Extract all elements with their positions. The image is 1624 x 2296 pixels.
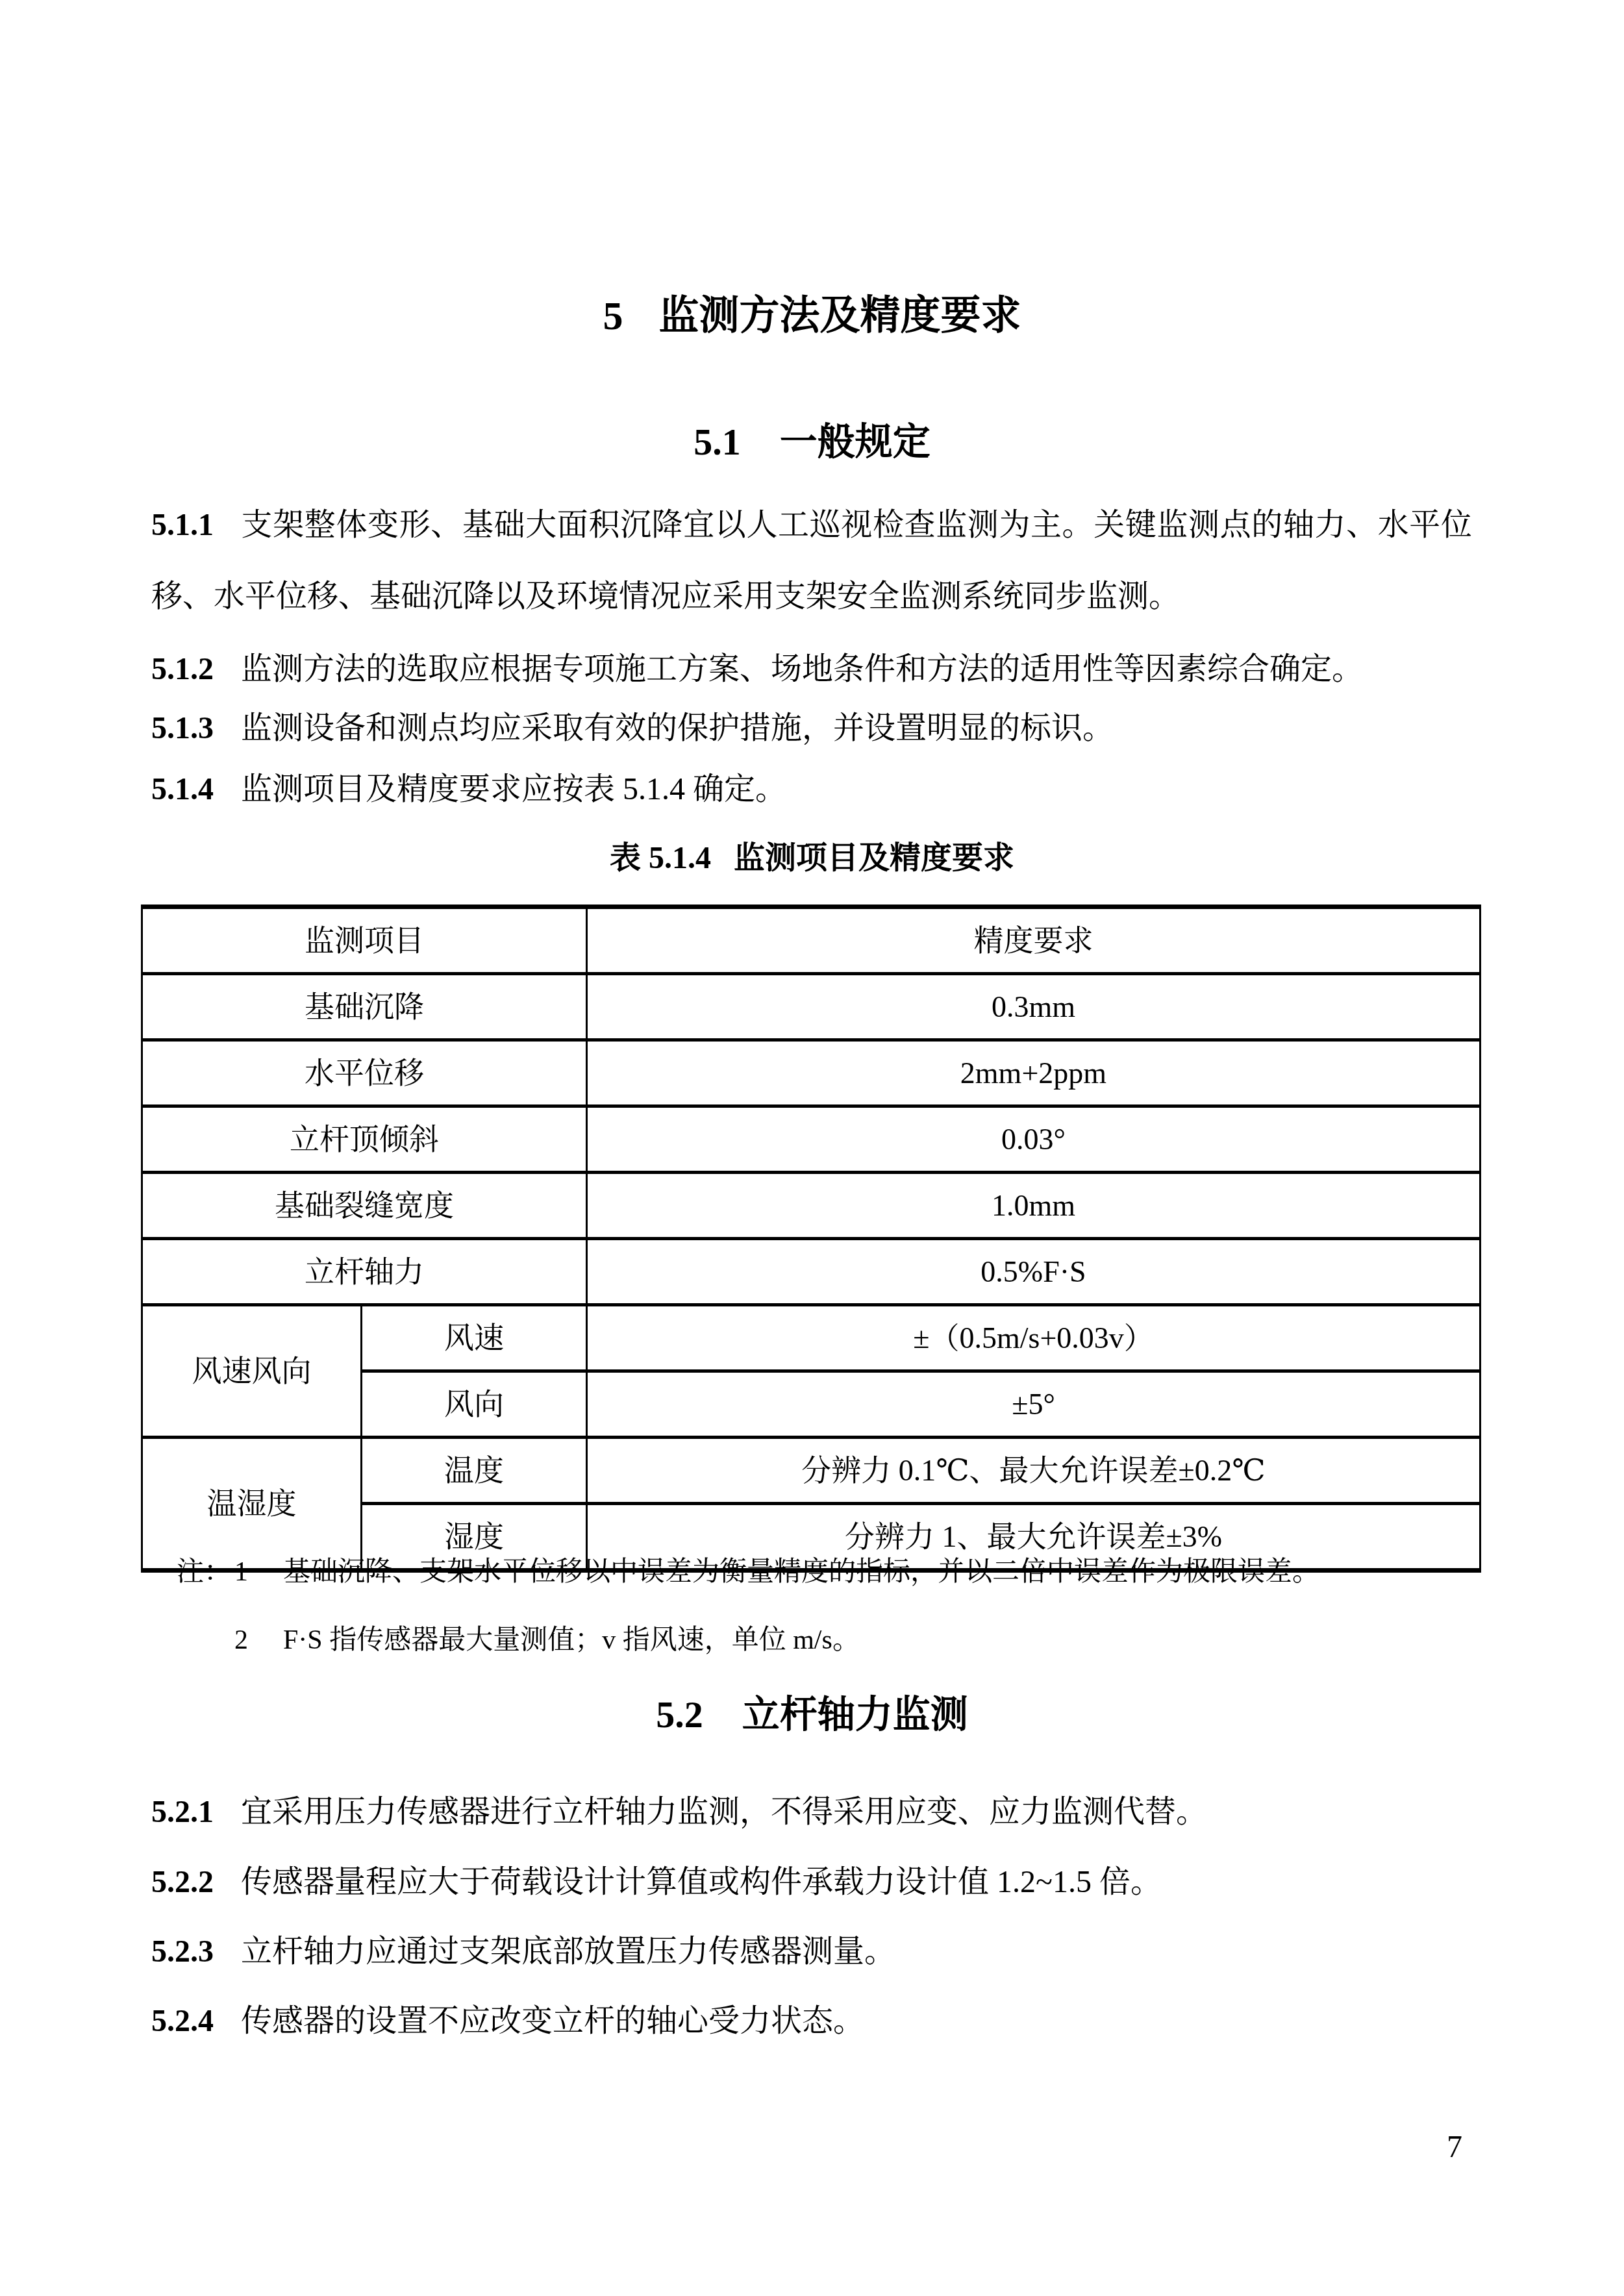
- table-row: 立杆顶倾斜 0.03°: [142, 1106, 1480, 1173]
- table-req-cell: 0.03°: [587, 1106, 1480, 1173]
- note-label: 注：: [177, 1553, 234, 1591]
- clause-5-1-1: 5.1.1支架整体变形、基础大面积沉降宜以人工巡视检查监测为主。关键监测点的轴力…: [151, 490, 1472, 632]
- document-page: 5监测方法及精度要求 5.1一般规定 5.1.1支架整体变形、基础大面积沉降宜以…: [0, 0, 1624, 2296]
- table-item-cell: 立杆轴力: [142, 1239, 587, 1305]
- clause-5-1-1-number: 5.1.1: [151, 508, 214, 542]
- table-req-cell: 2mm+2ppm: [587, 1040, 1480, 1106]
- table-caption-number: 表 5.1.4: [610, 841, 711, 875]
- table-row: 基础沉降 0.3mm: [142, 974, 1480, 1040]
- page-number: 7: [1447, 2132, 1462, 2163]
- section-5-2-title: 立杆轴力监测: [742, 1693, 968, 1736]
- clause-5-2-1: 5.2.1宜采用压力传感器进行立杆轴力监测，不得采用应变、应力监测代替。: [151, 1777, 1472, 1848]
- chapter-title: 5监测方法及精度要求: [0, 296, 1624, 336]
- table-req-cell: 分辨力 0.1℃、最大允许误差±0.2℃: [587, 1438, 1480, 1504]
- table-item-cell: 立杆顶倾斜: [142, 1106, 587, 1173]
- clause-5-2-4-text: 传感器的设置不应改变立杆的轴心受力状态。: [241, 2004, 864, 2038]
- table-row: 水平位移 2mm+2ppm: [142, 1040, 1480, 1106]
- clause-5-1-4: 5.1.4监测项目及精度要求应按表 5.1.4 确定。: [151, 754, 1472, 825]
- table-header-req: 精度要求: [587, 907, 1480, 974]
- table-req-cell: ±（0.5m/s+0.03v）: [587, 1305, 1480, 1371]
- table-row: 温湿度 温度 分辨力 0.1℃、最大允许误差±0.2℃: [142, 1438, 1480, 1504]
- table-item-cell: 基础裂缝宽度: [142, 1173, 587, 1239]
- table-sub-item-cell: 风速: [362, 1305, 587, 1371]
- table-header-row: 监测项目 精度要求: [142, 907, 1480, 974]
- note-1-number: 1: [234, 1553, 283, 1591]
- section-5-1-title: 一般规定: [780, 421, 931, 463]
- table-group-cell: 温湿度: [142, 1438, 362, 1571]
- clause-5-2-4: 5.2.4传感器的设置不应改变立杆的轴心受力状态。: [151, 1986, 1472, 2057]
- table-group-cell: 风速风向: [142, 1305, 362, 1438]
- note-2-text: F·S 指传感器最大量测值；v 指风速，单位 m/s。: [283, 1621, 1475, 1659]
- clause-5-2-3: 5.2.3立杆轴力应通过支架底部放置压力传感器测量。: [151, 1916, 1472, 1988]
- clause-5-1-2-number: 5.1.2: [151, 652, 214, 686]
- clause-5-1-4-number: 5.1.4: [151, 772, 214, 806]
- table-row: 基础裂缝宽度 1.0mm: [142, 1173, 1480, 1239]
- section-5-2-heading: 5.2立杆轴力监测: [0, 1696, 1624, 1734]
- clause-5-2-3-text: 立杆轴力应通过支架底部放置压力传感器测量。: [241, 1934, 895, 1969]
- clause-5-2-2-text: 传感器量程应大于荷载设计计算值或构件承载力设计值 1.2~1.5 倍。: [241, 1865, 1162, 1899]
- clause-5-1-3-text: 监测设备和测点均应采取有效的保护措施，并设置明显的标识。: [241, 711, 1114, 745]
- note-2-number: 2: [234, 1621, 283, 1659]
- clause-5-1-1-text: 支架整体变形、基础大面积沉降宜以人工巡视检查监测为主。关键监测点的轴力、水平位移…: [151, 508, 1472, 614]
- clause-5-1-2-text: 监测方法的选取应根据专项施工方案、场地条件和方法的适用性等因素综合确定。: [241, 652, 1363, 686]
- clause-5-2-2-number: 5.2.2: [151, 1865, 214, 1899]
- table-sub-item-cell: 温度: [362, 1438, 587, 1504]
- precision-table: 监测项目 精度要求 基础沉降 0.3mm 水平位移 2mm+2ppm 立杆顶倾斜…: [141, 905, 1481, 1573]
- table-item-cell: 水平位移: [142, 1040, 587, 1106]
- table-sub-item-cell: 风向: [362, 1371, 587, 1438]
- table-req-cell: ±5°: [587, 1371, 1480, 1438]
- table-row: 立杆轴力 0.5%F·S: [142, 1239, 1480, 1305]
- clause-5-2-1-number: 5.2.1: [151, 1795, 214, 1829]
- section-5-1-number: 5.1: [693, 421, 741, 463]
- note-1-text: 基础沉降、支架水平位移以中误差为衡量精度的指标，并以二倍中误差作为极限误差。: [283, 1553, 1475, 1591]
- table-req-cell: 0.5%F·S: [587, 1239, 1480, 1305]
- clause-5-2-4-number: 5.2.4: [151, 2004, 214, 2038]
- clause-5-1-4-text: 监测项目及精度要求应按表 5.1.4 确定。: [241, 772, 786, 806]
- clause-5-1-3-number: 5.1.3: [151, 711, 214, 745]
- table-note-1: 注： 1 基础沉降、支架水平位移以中误差为衡量精度的指标，并以二倍中误差作为极限…: [177, 1553, 1475, 1591]
- table-note-2: 注： 2 F·S 指传感器最大量测值；v 指风速，单位 m/s。: [177, 1621, 1475, 1659]
- section-5-2-number: 5.2: [656, 1693, 703, 1736]
- table-caption-title: 监测项目及精度要求: [734, 841, 1014, 875]
- table-caption: 表 5.1.4监测项目及精度要求: [0, 840, 1624, 876]
- chapter-number: 5: [603, 294, 623, 338]
- table-header-item: 监测项目: [142, 907, 587, 974]
- clause-5-2-2: 5.2.2传感器量程应大于荷载设计计算值或构件承载力设计值 1.2~1.5 倍。: [151, 1847, 1472, 1918]
- clause-5-2-1-text: 宜采用压力传感器进行立杆轴力监测，不得采用应变、应力监测代替。: [241, 1795, 1207, 1829]
- table-req-cell: 1.0mm: [587, 1173, 1480, 1239]
- table-req-cell: 0.3mm: [587, 974, 1480, 1040]
- section-5-1-heading: 5.1一般规定: [0, 423, 1624, 461]
- clause-5-2-3-number: 5.2.3: [151, 1934, 214, 1969]
- chapter-title-text: 监测方法及精度要求: [658, 294, 1021, 338]
- table-row: 风速风向 风速 ±（0.5m/s+0.03v）: [142, 1305, 1480, 1371]
- table-item-cell: 基础沉降: [142, 974, 587, 1040]
